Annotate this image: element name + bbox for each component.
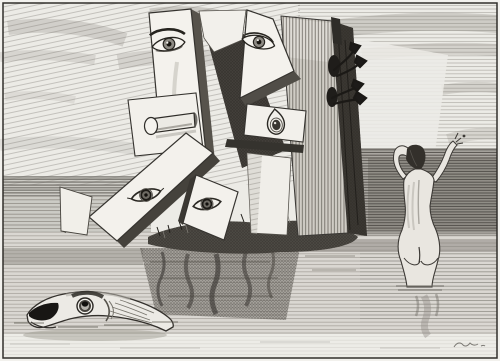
fish-eye [77,298,93,314]
ink-drawing [0,0,500,361]
plank-leaning [247,153,291,235]
artwork-canvas [0,0,500,361]
